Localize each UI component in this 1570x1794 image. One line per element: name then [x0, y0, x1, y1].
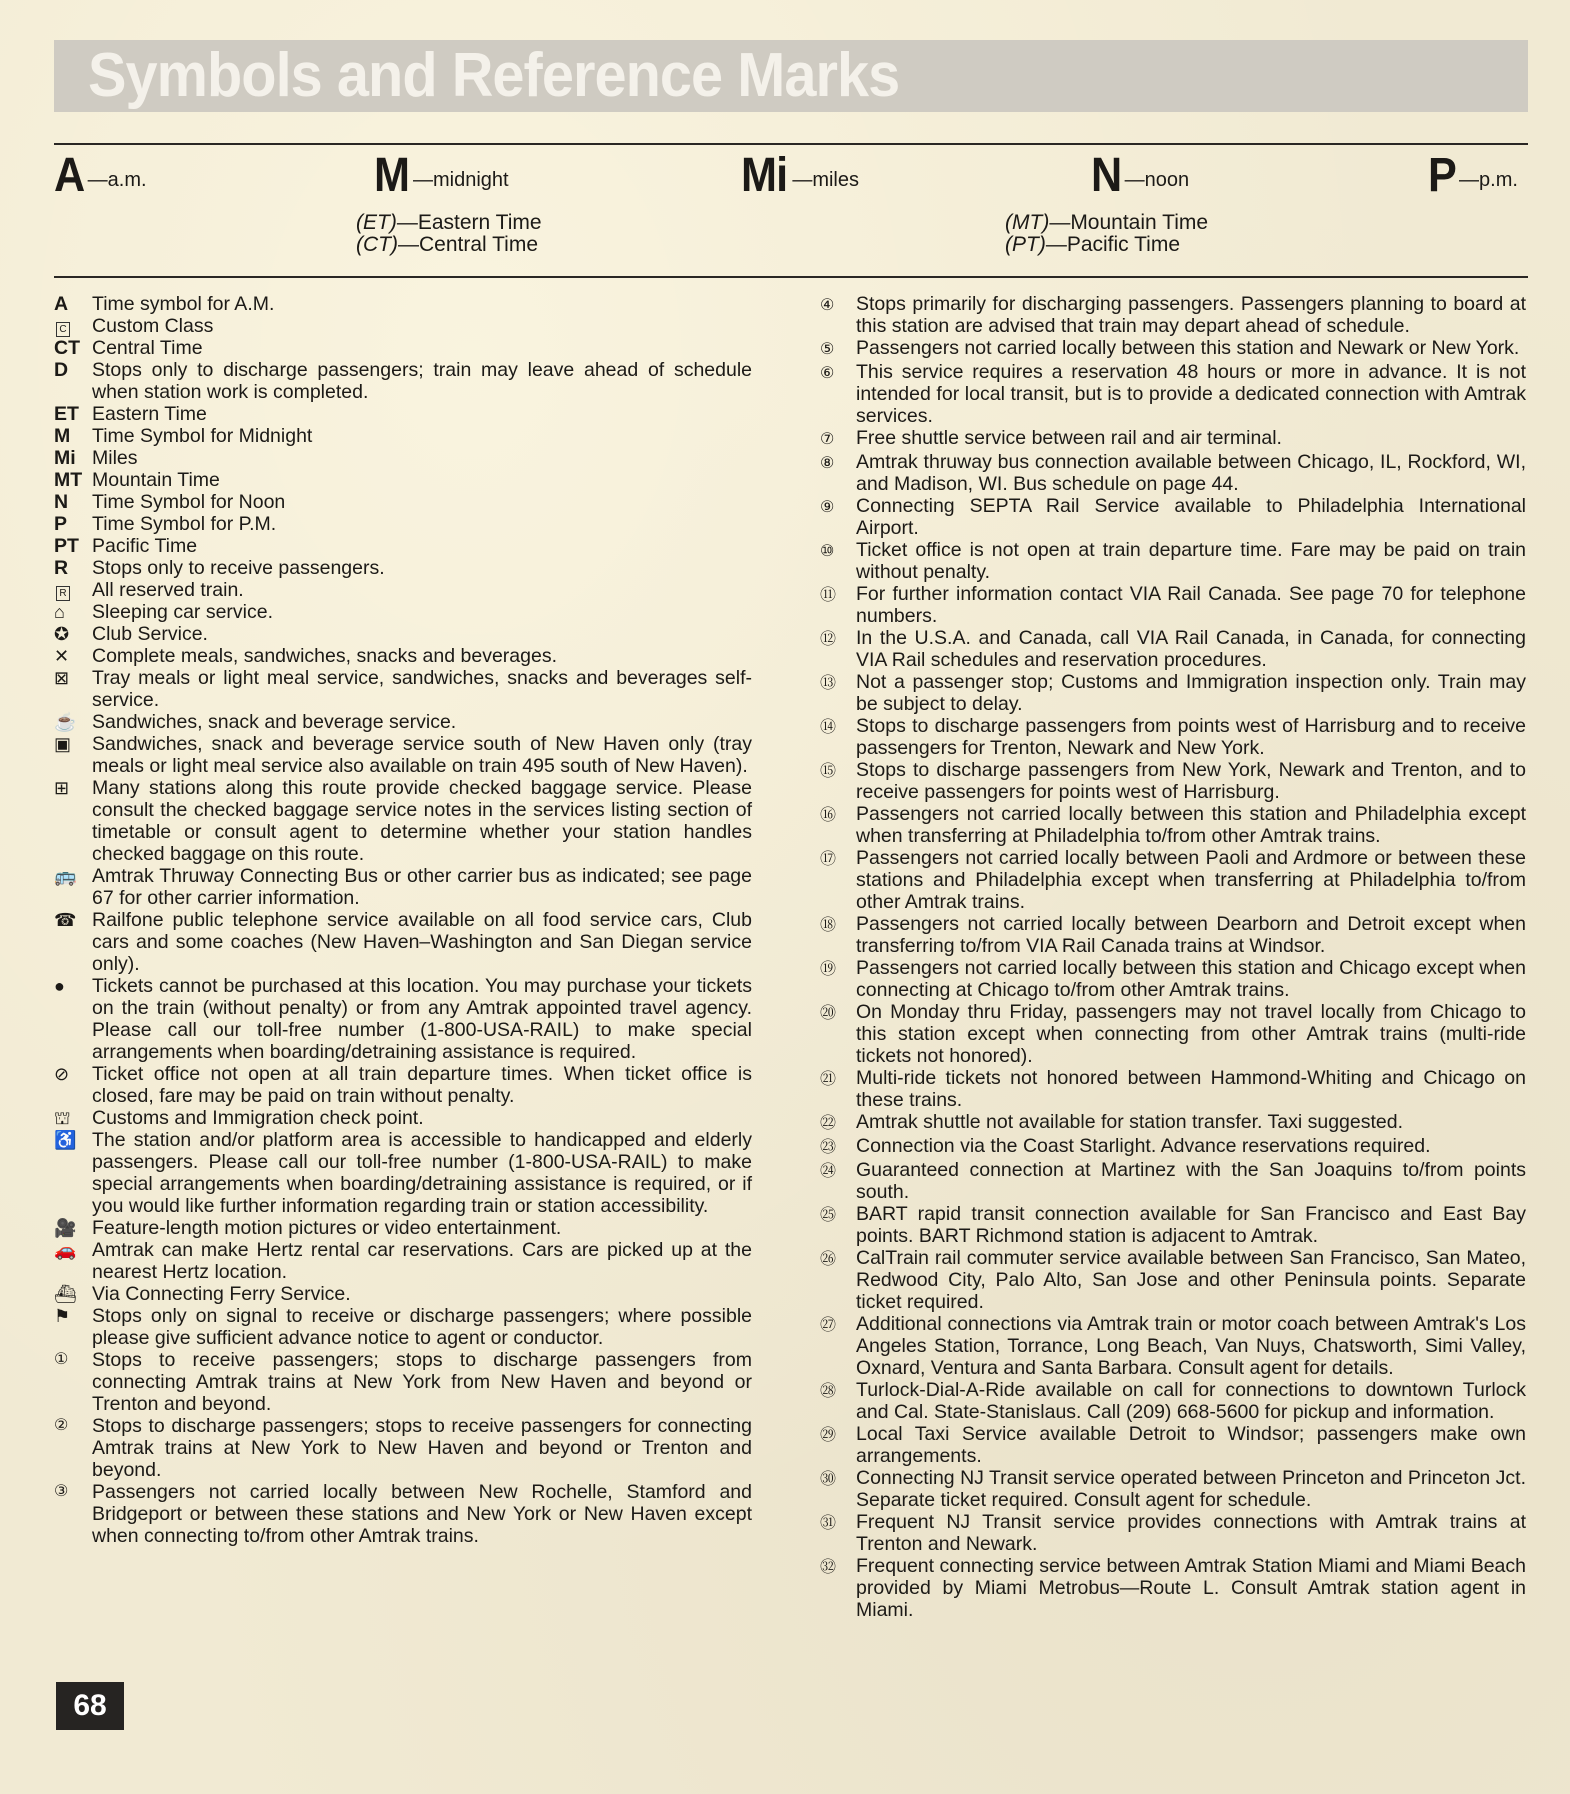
legend-description: This service requires a reservation 48 h…: [856, 361, 1526, 427]
wheelchair-icon: ♿: [54, 1129, 92, 1151]
time-zone-mountain: (MT)—Mountain Time: [1005, 212, 1208, 234]
bus-icon: 🚌: [54, 865, 92, 887]
legend-description: Sandwiches, snack and beverage service s…: [92, 733, 752, 777]
legend-description: Stops to receive passengers; stops to di…: [92, 1349, 752, 1415]
legend-description: BART rapid transit connection available …: [856, 1203, 1526, 1247]
symbol-cell: C: [54, 315, 92, 337]
circled-number-icon: ⑲: [820, 957, 856, 981]
legend-description: Many stations along this route provide c…: [92, 777, 752, 865]
legend-description: Miles: [92, 447, 752, 469]
symbol-letter: M: [54, 425, 92, 447]
circled-number-icon: ②: [54, 1415, 92, 1437]
time-symbol-noon: N—noon: [1091, 148, 1189, 203]
legend-entry: ㉛Frequent NJ Transit service provides co…: [820, 1511, 1526, 1555]
legend-entry: ④Stops primarily for discharging passeng…: [820, 293, 1526, 337]
circled-number-icon: ⑥: [820, 361, 856, 385]
circled-number-icon: ⑬: [820, 671, 856, 695]
legend-entry: ⑩Ticket office is not open at train depa…: [820, 539, 1526, 583]
legend-description: Additional connections via Amtrak train …: [856, 1313, 1526, 1379]
car-icon: 🚗: [54, 1239, 92, 1261]
legend-description: Guaranteed connection at Martinez with t…: [856, 1159, 1526, 1203]
circled-number-icon: ⑯: [820, 803, 856, 827]
legend-description: Sleeping car service.: [92, 601, 752, 623]
symbol-letter: N: [54, 491, 92, 513]
legend-description: Connection via the Coast Starlight. Adva…: [856, 1135, 1526, 1157]
legend-entry: ⑲Passengers not carried locally between …: [820, 957, 1526, 1001]
circled-number-icon: ㉗: [820, 1313, 856, 1337]
legend-description: Tray meals or light meal service, sandwi…: [92, 667, 752, 711]
symbol-cell: R: [54, 579, 92, 601]
circled-number-icon: ⑩: [820, 539, 856, 563]
legend-description: Time Symbol for Noon: [92, 491, 752, 513]
legend-description: Club Service.: [92, 623, 752, 645]
legend-entry: ㉖CalTrain rail commuter service availabl…: [820, 1247, 1526, 1313]
circled-number-icon: ㉙: [820, 1423, 856, 1447]
legend-entry: PTPacific Time: [54, 535, 752, 557]
legend-description: Time symbol for A.M.: [92, 293, 752, 315]
circled-number-icon: ㉓: [820, 1135, 856, 1159]
legend-entry: ㉑Multi-ride tickets not honored between …: [820, 1067, 1526, 1111]
legend-entry: ☕Sandwiches, snack and beverage service.: [54, 711, 752, 733]
legend-entry: ⑤Passengers not carried locally between …: [820, 337, 1526, 361]
circled-number-icon: ⑰: [820, 847, 856, 871]
legend-entry: MTMountain Time: [54, 469, 752, 491]
legend-description: Stops to discharge passengers; stops to …: [92, 1415, 752, 1481]
customs-icon: ⛫: [54, 1107, 92, 1129]
legend-entry: ⚑Stops only on signal to receive or disc…: [54, 1305, 752, 1349]
legend-description: Connecting NJ Transit service operated b…: [856, 1467, 1526, 1511]
legend-entry: DStops only to discharge passengers; tra…: [54, 359, 752, 403]
legend-entry: ⑮Stops to discharge passengers from New …: [820, 759, 1526, 803]
circled-number-icon: ㉕: [820, 1203, 856, 1227]
time-zone-pacific: (PT)—Pacific Time: [1005, 234, 1180, 256]
right-legend-column: ④Stops primarily for discharging passeng…: [820, 293, 1526, 1621]
legend-description: Amtrak shuttle not available for station…: [856, 1111, 1526, 1133]
title-banner: Symbols and Reference Marks: [54, 40, 1528, 112]
symbol-letter: MT: [54, 469, 92, 491]
legend-entry: ③Passengers not carried locally between …: [54, 1481, 752, 1547]
legend-entry: MiMiles: [54, 447, 752, 469]
circled-number-icon: ㉑: [820, 1067, 856, 1091]
legend-description: Free shuttle service between rail and ai…: [856, 427, 1526, 449]
legend-entry: ☎Railfone public telephone service avail…: [54, 909, 752, 975]
legend-description: Turlock-Dial-A-Ride available on call fo…: [856, 1379, 1526, 1423]
legend-description: Not a passenger stop; Customs and Immigr…: [856, 671, 1526, 715]
legend-description: Passengers not carried locally between t…: [856, 803, 1526, 847]
top-divider: [54, 143, 1528, 145]
circled-number-icon: ⑳: [820, 1001, 856, 1025]
legend-entry: ⊞Many stations along this route provide …: [54, 777, 752, 865]
legend-description: Passengers not carried locally between t…: [856, 337, 1526, 359]
page: Symbols and Reference Marks A—a.m. M—mid…: [0, 0, 1570, 1794]
legend-description: Pacific Time: [92, 535, 752, 557]
symbol-letter: P: [54, 513, 92, 535]
legend-entry: ⑫In the U.S.A. and Canada, call VIA Rail…: [820, 627, 1526, 671]
circled-number-icon: ④: [820, 293, 856, 317]
circled-number-icon: ㉘: [820, 1379, 856, 1403]
time-symbol-pm: P—p.m.: [1428, 148, 1518, 203]
legend-description: Amtrak thruway bus connection available …: [856, 451, 1526, 495]
legend-description: Local Taxi Service available Detroit to …: [856, 1423, 1526, 1467]
legend-entry: ㉕BART rapid transit connection available…: [820, 1203, 1526, 1247]
legend-entry: ⑰Passengers not carried locally between …: [820, 847, 1526, 913]
legend-entry: ⑥This service requires a reservation 48 …: [820, 361, 1526, 427]
legend-description: Frequent connecting service between Amtr…: [856, 1555, 1526, 1621]
legend-entry: ⑬Not a passenger stop; Customs and Immig…: [820, 671, 1526, 715]
legend-entry: ⑦Free shuttle service between rail and a…: [820, 427, 1526, 451]
legend-entry: NTime Symbol for Noon: [54, 491, 752, 513]
legend-entry: ㉜Frequent connecting service between Amt…: [820, 1555, 1526, 1621]
circled-number-icon: ㉔: [820, 1159, 856, 1183]
telephone-icon: ☎: [54, 909, 92, 931]
legend-entry: ㉘Turlock-Dial-A-Ride available on call f…: [820, 1379, 1526, 1423]
legend-description: Sandwiches, snack and beverage service.: [92, 711, 752, 733]
legend-entry: ⑯Passengers not carried locally between …: [820, 803, 1526, 847]
legend-description: Stops primarily for discharging passenge…: [856, 293, 1526, 337]
legend-description: For further information contact VIA Rail…: [856, 583, 1526, 627]
boxed-cup-icon: ▣: [54, 733, 92, 755]
legend-entry: ♿The station and/or platform area is acc…: [54, 1129, 752, 1217]
legend-entry: 🚗Amtrak can make Hertz rental car reserv…: [54, 1239, 752, 1283]
legend-entry: ⑱Passengers not carried locally between …: [820, 913, 1526, 957]
circled-number-icon: ㉛: [820, 1511, 856, 1535]
legend-entry: CCustom Class: [54, 315, 752, 337]
legend-entry: ✪Club Service.: [54, 623, 752, 645]
circled-number-icon: ㉒: [820, 1111, 856, 1135]
circled-number-icon: ①: [54, 1349, 92, 1371]
boxed-c-icon: C: [56, 322, 70, 337]
circled-number-icon: ⑫: [820, 627, 856, 651]
circled-number-icon: ③: [54, 1481, 92, 1503]
legend-description: Customs and Immigration check point.: [92, 1107, 752, 1129]
symbol-letter: CT: [54, 337, 92, 359]
legend-entry: CTCentral Time: [54, 337, 752, 359]
symbol-letter: A: [54, 293, 92, 315]
sleeping-car-icon: ⌂: [54, 601, 92, 623]
legend-entry: ●Tickets cannot be purchased at this loc…: [54, 975, 752, 1063]
legend-entry: ②Stops to discharge passengers; stops to…: [54, 1415, 752, 1481]
legend-entry: ⑳On Monday thru Friday, passengers may n…: [820, 1001, 1526, 1067]
signal-flags-icon: ⚑: [54, 1305, 92, 1327]
legend-entry: ①Stops to receive passengers; stops to d…: [54, 1349, 752, 1415]
legend-entry: ✕Complete meals, sandwiches, snacks and …: [54, 645, 752, 667]
legend-entry: 🚌Amtrak Thruway Connecting Bus or other …: [54, 865, 752, 909]
circled-number-icon: ⑮: [820, 759, 856, 783]
legend-entry: ㉗Additional connections via Amtrak train…: [820, 1313, 1526, 1379]
legend-entry: ⑪For further information contact VIA Rai…: [820, 583, 1526, 627]
legend-description: In the U.S.A. and Canada, call VIA Rail …: [856, 627, 1526, 671]
legend-entry: RAll reserved train.: [54, 579, 752, 601]
legend-description: Ticket office not open at all train depa…: [92, 1063, 752, 1107]
baggage-icon: ⊞: [54, 777, 92, 799]
legend-entry: ▣Sandwiches, snack and beverage service …: [54, 733, 752, 777]
legend-description: Mountain Time: [92, 469, 752, 491]
club-star-icon: ✪: [54, 623, 92, 645]
legend-entry: ⛫Customs and Immigration check point.: [54, 1107, 752, 1129]
symbol-letter: Mi: [54, 447, 92, 469]
boxed-fork-knife-icon: ⊠: [54, 667, 92, 689]
legend-description: Frequent NJ Transit service provides con…: [856, 1511, 1526, 1555]
circled-number-icon: ㉚: [820, 1467, 856, 1491]
legend-entry: ⊘Ticket office not open at all train dep…: [54, 1063, 752, 1107]
time-symbol-miles: Mi—miles: [741, 148, 859, 203]
legend-description: Passengers not carried locally between P…: [856, 847, 1526, 913]
legend-description: CalTrain rail commuter service available…: [856, 1247, 1526, 1313]
no-ticket-office-icon: ⊘: [54, 1063, 92, 1085]
legend-description: Stops only to discharge passengers; trai…: [92, 359, 752, 403]
legend-entry: 🎥Feature-length motion pictures or video…: [54, 1217, 752, 1239]
legend-entry: ㉚Connecting NJ Transit service operated …: [820, 1467, 1526, 1511]
legend-description: Stops to discharge passengers from New Y…: [856, 759, 1526, 803]
legend-description: Multi-ride tickets not honored between H…: [856, 1067, 1526, 1111]
legend-description: Via Connecting Ferry Service.: [92, 1283, 752, 1305]
legend-description: Tickets cannot be purchased at this loca…: [92, 975, 752, 1063]
legend-entry: ⑭Stops to discharge passengers from poin…: [820, 715, 1526, 759]
ferry-icon: ⛴: [54, 1283, 92, 1305]
circled-number-icon: ⑪: [820, 583, 856, 607]
symbol-letter: ET: [54, 403, 92, 425]
time-symbol-am: A—a.m.: [54, 148, 147, 203]
legend-entry: ㉒Amtrak shuttle not available for statio…: [820, 1111, 1526, 1135]
legend-description: Feature-length motion pictures or video …: [92, 1217, 752, 1239]
legend-description: Amtrak Thruway Connecting Bus or other c…: [92, 865, 752, 909]
time-symbols-bar: A—a.m. M—midnight Mi—miles N—noon P—p.m.…: [54, 148, 1528, 268]
cup-icon: ☕: [54, 711, 92, 733]
legend-description: Connecting SEPTA Rail Service available …: [856, 495, 1526, 539]
legend-description: All reserved train.: [92, 579, 752, 601]
symbol-letter: PT: [54, 535, 92, 557]
legend-description: Passengers not carried locally between t…: [856, 957, 1526, 1001]
legend-entry: ⑧Amtrak thruway bus connection available…: [820, 451, 1526, 495]
circled-number-icon: ⑱: [820, 913, 856, 937]
left-legend-column: ATime symbol for A.M.CCustom ClassCTCent…: [54, 293, 752, 1547]
circled-number-icon: ⑭: [820, 715, 856, 739]
legend-entry: ETEastern Time: [54, 403, 752, 425]
legend-description: Complete meals, sandwiches, snacks and b…: [92, 645, 752, 667]
legend-description: Time Symbol for Midnight: [92, 425, 752, 447]
legend-description: Railfone public telephone service availa…: [92, 909, 752, 975]
legend-description: Time Symbol for P.M.: [92, 513, 752, 535]
circled-number-icon: ⑦: [820, 427, 856, 451]
filled-dot-icon: ●: [54, 975, 92, 997]
legend-description: Central Time: [92, 337, 752, 359]
legend-description: On Monday thru Friday, passengers may no…: [856, 1001, 1526, 1067]
legend-entry: ATime symbol for A.M.: [54, 293, 752, 315]
legend-description: Stops only to receive passengers.: [92, 557, 752, 579]
legend-entry: ⛴Via Connecting Ferry Service.: [54, 1283, 752, 1305]
circled-number-icon: ㉜: [820, 1555, 856, 1579]
legend-description: Passengers not carried locally between D…: [856, 913, 1526, 957]
legend-entry: ⊠Tray meals or light meal service, sandw…: [54, 667, 752, 711]
page-number: 68: [56, 1682, 124, 1730]
boxed-r-icon: R: [56, 586, 70, 601]
circled-number-icon: ⑤: [820, 337, 856, 361]
circled-number-icon: ⑨: [820, 495, 856, 519]
page-title: Symbols and Reference Marks: [88, 42, 899, 110]
legend-entry: ㉔Guaranteed connection at Martinez with …: [820, 1159, 1526, 1203]
legend-description: Stops to discharge passengers from point…: [856, 715, 1526, 759]
legend-entry: ㉙Local Taxi Service available Detroit to…: [820, 1423, 1526, 1467]
legend-description: Eastern Time: [92, 403, 752, 425]
legend-entry: ⌂Sleeping car service.: [54, 601, 752, 623]
legend-entry: MTime Symbol for Midnight: [54, 425, 752, 447]
time-zone-central: (CT)—Central Time: [356, 234, 538, 256]
legend-description: Custom Class: [92, 315, 752, 337]
legend-entry: PTime Symbol for P.M.: [54, 513, 752, 535]
time-symbol-midnight: M—midnight: [374, 148, 509, 203]
symbol-letter: R: [54, 557, 92, 579]
time-zone-eastern: (ET)—Eastern Time: [356, 212, 542, 234]
legend-description: The station and/or platform area is acce…: [92, 1129, 752, 1217]
symbol-letter: D: [54, 359, 92, 381]
circled-number-icon: ⑧: [820, 451, 856, 475]
movie-camera-icon: 🎥: [54, 1217, 92, 1239]
circled-number-icon: ㉖: [820, 1247, 856, 1271]
legend-entry: ⑨Connecting SEPTA Rail Service available…: [820, 495, 1526, 539]
legend-description: Stops only on signal to receive or disch…: [92, 1305, 752, 1349]
legend-entry: RStops only to receive passengers.: [54, 557, 752, 579]
bottom-divider: [54, 276, 1528, 278]
legend-description: Ticket office is not open at train depar…: [856, 539, 1526, 583]
legend-description: Amtrak can make Hertz rental car reserva…: [92, 1239, 752, 1283]
legend-entry: ㉓Connection via the Coast Starlight. Adv…: [820, 1135, 1526, 1159]
fork-knife-icon: ✕: [54, 645, 92, 667]
legend-description: Passengers not carried locally between N…: [92, 1481, 752, 1547]
